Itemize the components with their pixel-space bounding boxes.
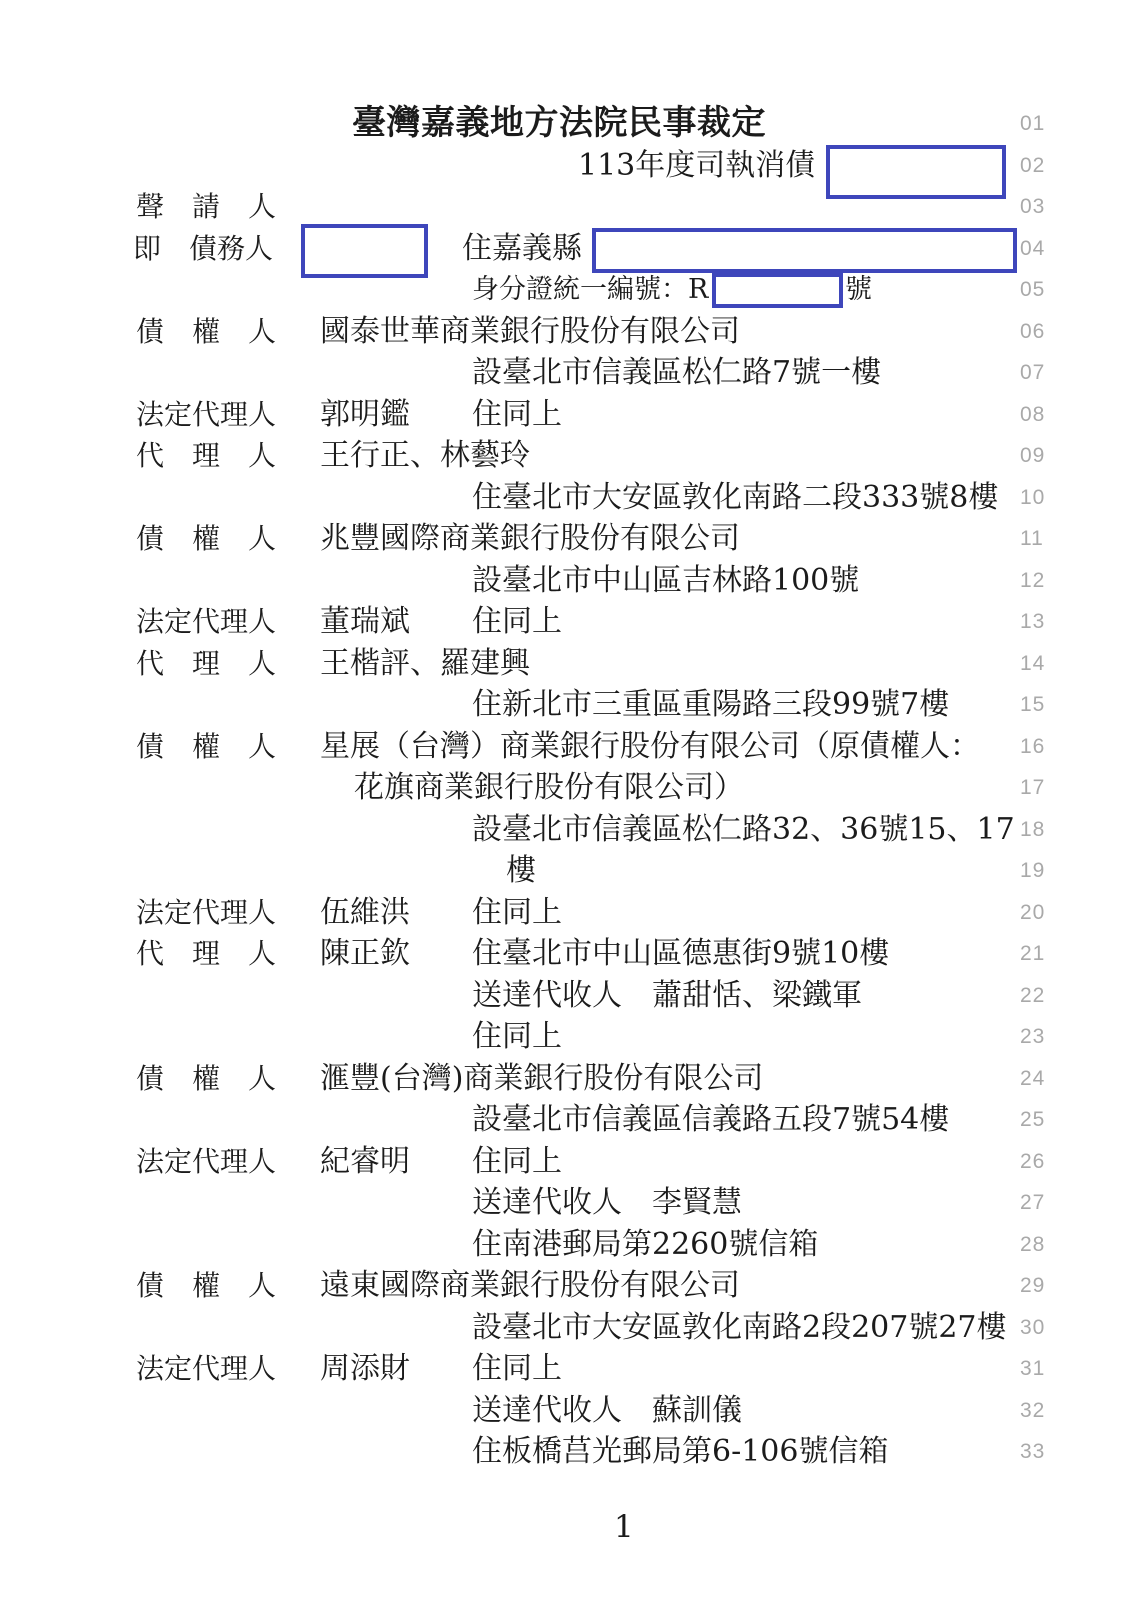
doc-line: 法定代理人伍維洪住同上20 [0,892,1131,934]
party-address-continued: 樓 [506,850,536,892]
doc-line: 代 理 人王楷評、羅建興14 [0,643,1131,685]
doc-line: 身分證統一編號：R號05 [0,269,1131,311]
doc-line: 債 權 人星展（台灣）商業銀行股份有限公司（原債權人：16 [0,726,1131,768]
line-number: 23 [1020,1016,1045,1058]
party-name: 滙豐(台灣)商業銀行股份有限公司 [320,1058,763,1100]
party-role-label: 聲 請 人 [136,186,276,228]
line-number: 31 [1020,1348,1045,1390]
party-role-label: 代 理 人 [136,435,276,477]
line-number: 28 [1020,1224,1045,1266]
line-number: 07 [1020,352,1045,394]
doc-line: 送達代收人 蕭甜恬、梁鐵軍22 [0,975,1131,1017]
line-number: 33 [1020,1431,1045,1473]
doc-line: 住同上23 [0,1016,1131,1058]
party-name: 遠東國際商業銀行股份有限公司 [320,1265,740,1307]
line-number: 32 [1020,1390,1045,1432]
doc-line: 住南港郵局第2260號信箱28 [0,1224,1131,1266]
line-number: 04 [1020,228,1045,270]
line-number: 25 [1020,1099,1045,1141]
party-address: 住同上 [472,601,562,643]
id-number-label: 身分證統一編號：R [472,269,708,311]
case-number-prefix: 113年度司執消債 [578,145,815,187]
doc-line: 設臺北市信義區信義路五段7號54樓25 [0,1099,1131,1141]
doc-line: 住臺北市大安區敦化南路二段333號8樓10 [0,477,1131,519]
line-number: 05 [1020,269,1045,311]
doc-line: 代 理 人王行正、林藝玲09 [0,435,1131,477]
line-number: 22 [1020,975,1045,1017]
redaction-box [712,273,843,308]
party-name: 兆豐國際商業銀行股份有限公司 [320,518,740,560]
doc-line: 送達代收人 李賢慧27 [0,1182,1131,1224]
party-role-label: 法定代理人 [136,1348,276,1390]
doc-line: 送達代收人 蘇訓儀32 [0,1390,1131,1432]
party-address: 住臺北市大安區敦化南路二段333號8樓 [472,477,998,519]
line-number: 09 [1020,435,1045,477]
doc-line: 花旗商業銀行股份有限公司）17 [0,767,1131,809]
id-number-unit: 號 [845,269,872,311]
party-name: 董瑞斌 [320,601,410,643]
doc-line: 即 債務人住嘉義縣04 [0,228,1131,270]
redaction-box [592,228,1017,273]
line-number: 29 [1020,1265,1045,1307]
party-address: 住同上 [472,394,562,436]
line-number: 24 [1020,1058,1045,1100]
doc-line: 樓19 [0,850,1131,892]
party-role-label: 債 權 人 [136,518,276,560]
line-number: 16 [1020,726,1045,768]
line-number: 11 [1020,518,1044,560]
doc-line: 債 權 人滙豐(台灣)商業銀行股份有限公司24 [0,1058,1131,1100]
service-agent: 送達代收人 蘇訓儀 [472,1390,742,1432]
party-role-label: 代 理 人 [136,933,276,975]
doc-line: 113年度司執消債02 [0,145,1131,187]
line-number: 02 [1020,145,1045,187]
service-agent: 送達代收人 李賢慧 [472,1182,742,1224]
party-name: 國泰世華商業銀行股份有限公司 [320,311,740,353]
party-address: 設臺北市信義區信義路五段7號54樓 [472,1099,949,1141]
doc-line: 聲 請 人03 [0,186,1131,228]
party-name: 郭明鑑 [320,394,410,436]
party-name: 星展（台灣）商業銀行股份有限公司（原債權人： [320,726,980,768]
party-role-label: 法定代理人 [136,601,276,643]
party-address: 設臺北市信義區松仁路32、36號15、17 [472,809,1015,851]
party-address: 住南港郵局第2260號信箱 [472,1224,818,1266]
party-role-label: 法定代理人 [136,1141,276,1183]
line-number: 18 [1020,809,1045,851]
page-number: 1 [614,1509,634,1545]
party-address: 住同上 [472,1016,562,1058]
line-number: 21 [1020,933,1045,975]
doc-line: 債 權 人遠東國際商業銀行股份有限公司29 [0,1265,1131,1307]
line-number: 30 [1020,1307,1045,1349]
line-number: 12 [1020,560,1045,602]
party-role-label: 即 債務人 [133,228,273,270]
doc-line: 住新北市三重區重陽路三段99號7樓15 [0,684,1131,726]
line-number: 01 [1020,103,1045,145]
doc-line: 代 理 人陳正欽住臺北市中山區德惠街9號10樓21 [0,933,1131,975]
line-number: 19 [1020,850,1045,892]
party-address: 設臺北市中山區吉林路100號 [472,560,859,602]
party-role-label: 法定代理人 [136,892,276,934]
doc-line: 設臺北市信義區松仁路32、36號15、1718 [0,809,1131,851]
party-address: 住同上 [472,892,562,934]
party-name: 王楷評、羅建興 [320,643,530,685]
party-name: 紀睿明 [320,1141,410,1183]
party-address: 住嘉義縣 [462,228,582,270]
party-role-label: 債 權 人 [136,726,276,768]
doc-line: 住板橋莒光郵局第6-106號信箱33 [0,1431,1131,1473]
doc-line: 設臺北市信義區松仁路7號一樓07 [0,352,1131,394]
party-role-label: 債 權 人 [136,311,276,353]
doc-line: 債 權 人兆豐國際商業銀行股份有限公司11 [0,518,1131,560]
doc-line: 債 權 人國泰世華商業銀行股份有限公司06 [0,311,1131,353]
line-number: 08 [1020,394,1045,436]
party-address: 住新北市三重區重陽路三段99號7樓 [472,684,949,726]
party-name: 周添財 [320,1348,410,1390]
line-number: 26 [1020,1141,1045,1183]
line-number: 17 [1020,767,1045,809]
party-address: 住板橋莒光郵局第6-106號信箱 [472,1431,888,1473]
line-number: 10 [1020,477,1045,519]
doc-line: 臺灣嘉義地方法院民事裁定01 [0,103,1131,145]
party-address: 設臺北市信義區松仁路7號一樓 [472,352,881,394]
doc-title: 臺灣嘉義地方法院民事裁定 [352,103,766,145]
doc-line: 法定代理人周添財住同上31 [0,1348,1131,1390]
party-address: 住臺北市中山區德惠街9號10樓 [472,933,889,975]
doc-line: 法定代理人紀睿明住同上26 [0,1141,1131,1183]
line-number: 14 [1020,643,1045,685]
line-number: 15 [1020,684,1045,726]
line-number: 27 [1020,1182,1045,1224]
line-number: 13 [1020,601,1045,643]
party-address: 住同上 [472,1348,562,1390]
party-address: 住同上 [472,1141,562,1183]
page-footer: 1 [614,1506,634,1548]
court-document-page: 臺灣嘉義地方法院民事裁定01113年度司執消債02聲 請 人03即 債務人住嘉義… [0,0,1131,1600]
service-agent: 送達代收人 蕭甜恬、梁鐵軍 [472,975,862,1017]
party-role-label: 債 權 人 [136,1058,276,1100]
line-number: 20 [1020,892,1045,934]
party-name: 陳正欽 [320,933,410,975]
party-role-label: 法定代理人 [136,394,276,436]
doc-line: 法定代理人郭明鑑住同上08 [0,394,1131,436]
doc-line: 法定代理人董瑞斌住同上13 [0,601,1131,643]
party-role-label: 債 權 人 [136,1265,276,1307]
party-role-label: 代 理 人 [136,643,276,685]
line-number: 06 [1020,311,1045,353]
party-name: 王行正、林藝玲 [320,435,530,477]
party-address: 設臺北市大安區敦化南路2段207號27樓 [472,1307,1007,1349]
doc-line: 設臺北市大安區敦化南路2段207號27樓30 [0,1307,1131,1349]
party-name-continued: 花旗商業銀行股份有限公司） [354,767,744,809]
doc-line: 設臺北市中山區吉林路100號12 [0,560,1131,602]
line-number: 03 [1020,186,1045,228]
party-name: 伍維洪 [320,892,410,934]
